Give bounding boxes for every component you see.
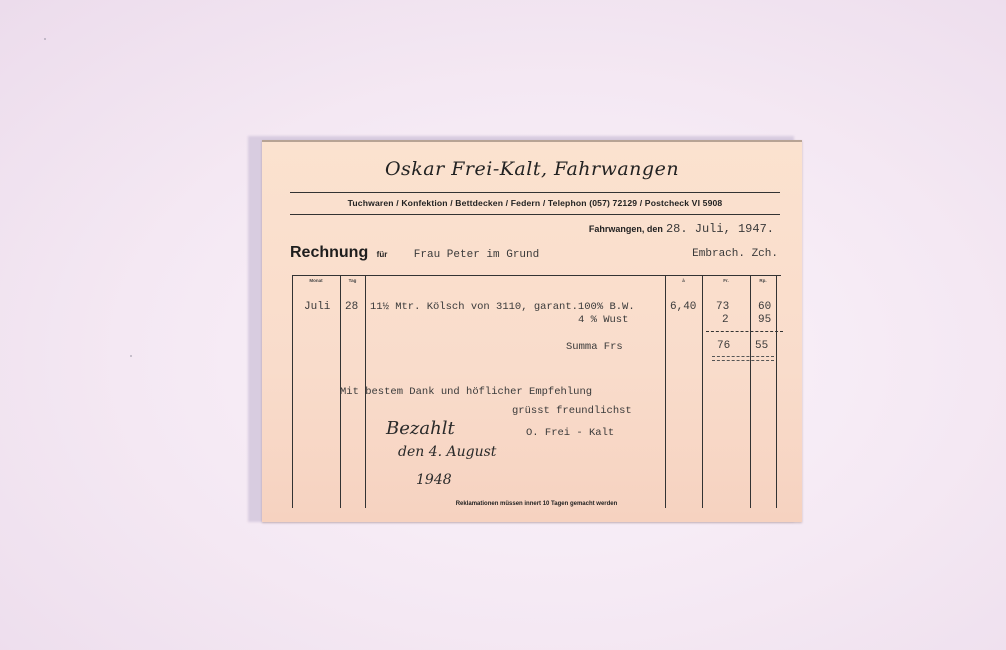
handwritten-date: den 4. August (398, 444, 496, 460)
dust-speck (44, 38, 46, 40)
row2-rappen: 95 (758, 314, 771, 326)
date-value: 28. Juli, 1947. (666, 222, 774, 236)
closing-line-2: grüsst freundlichst (512, 405, 632, 417)
invoice-document: Oskar Frei-Kalt, Fahrwangen Tuchwaren / … (262, 140, 802, 522)
total-label: Summa Frs (566, 341, 623, 353)
column-divider (750, 276, 751, 508)
signature: O. Frei - Kalt (526, 427, 614, 439)
row1-rappen: 60 (758, 301, 771, 313)
complaints-footnote: Reklamationen müssen innert 10 Tagen gem… (292, 501, 781, 507)
header-francs: Fr. (702, 278, 750, 283)
row1-description: 11½ Mtr. Kölsch von 3110, garant.100% B.… (370, 301, 635, 313)
column-divider (665, 276, 666, 508)
row1-month: Juli (304, 301, 330, 313)
header-unit-price: à (665, 278, 702, 283)
table-border-left (292, 276, 293, 508)
row1-day: 28 (345, 301, 358, 313)
row1-francs: 73 (716, 301, 729, 313)
row2-description: 4 % Wust (578, 314, 628, 326)
closing-line-1: Mit bestem Dank und höflicher Empfehlung (340, 386, 592, 398)
row1-unit-price: 6,40 (670, 301, 696, 313)
date-label: Fahrwangen, den (589, 224, 663, 234)
total-rappen: 55 (755, 340, 768, 352)
total-francs: 76 (717, 340, 730, 352)
header-day: Tag (340, 278, 365, 283)
letterhead: Oskar Frei-Kalt, Fahrwangen (262, 158, 802, 180)
row2-francs: 2 (722, 314, 729, 326)
invoice-title: Rechnung (290, 244, 368, 261)
customer-place: Embrach. Zch. (692, 248, 778, 260)
table-border-right (776, 276, 777, 508)
header-rule-top (290, 192, 780, 193)
business-tagline: Tuchwaren / Konfektion / Bettdecken / Fe… (290, 198, 780, 208)
total-double-rule (712, 356, 774, 361)
invoice-title-line: Rechnung für Frau Peter im Grund (290, 244, 539, 262)
column-divider (702, 276, 703, 508)
customer-name: Frau Peter im Grund (414, 249, 539, 261)
invoice-table: Monat Tag à Fr. Rp. Juli 28 11½ Mtr. Köl… (292, 275, 781, 508)
date-line: Fahrwangen, den 28. Juli, 1947. (589, 222, 774, 236)
dust-speck (130, 355, 132, 357)
handwritten-paid: Bezahlt (386, 418, 455, 439)
subtotal-rule (706, 331, 783, 333)
paper-top-edge (262, 140, 802, 142)
header-rappen: Rp. (750, 278, 776, 283)
invoice-for-label: für (377, 250, 388, 259)
header-rule-bottom (290, 214, 780, 215)
handwritten-year: 1948 (416, 472, 452, 488)
header-month: Monat (292, 278, 340, 283)
